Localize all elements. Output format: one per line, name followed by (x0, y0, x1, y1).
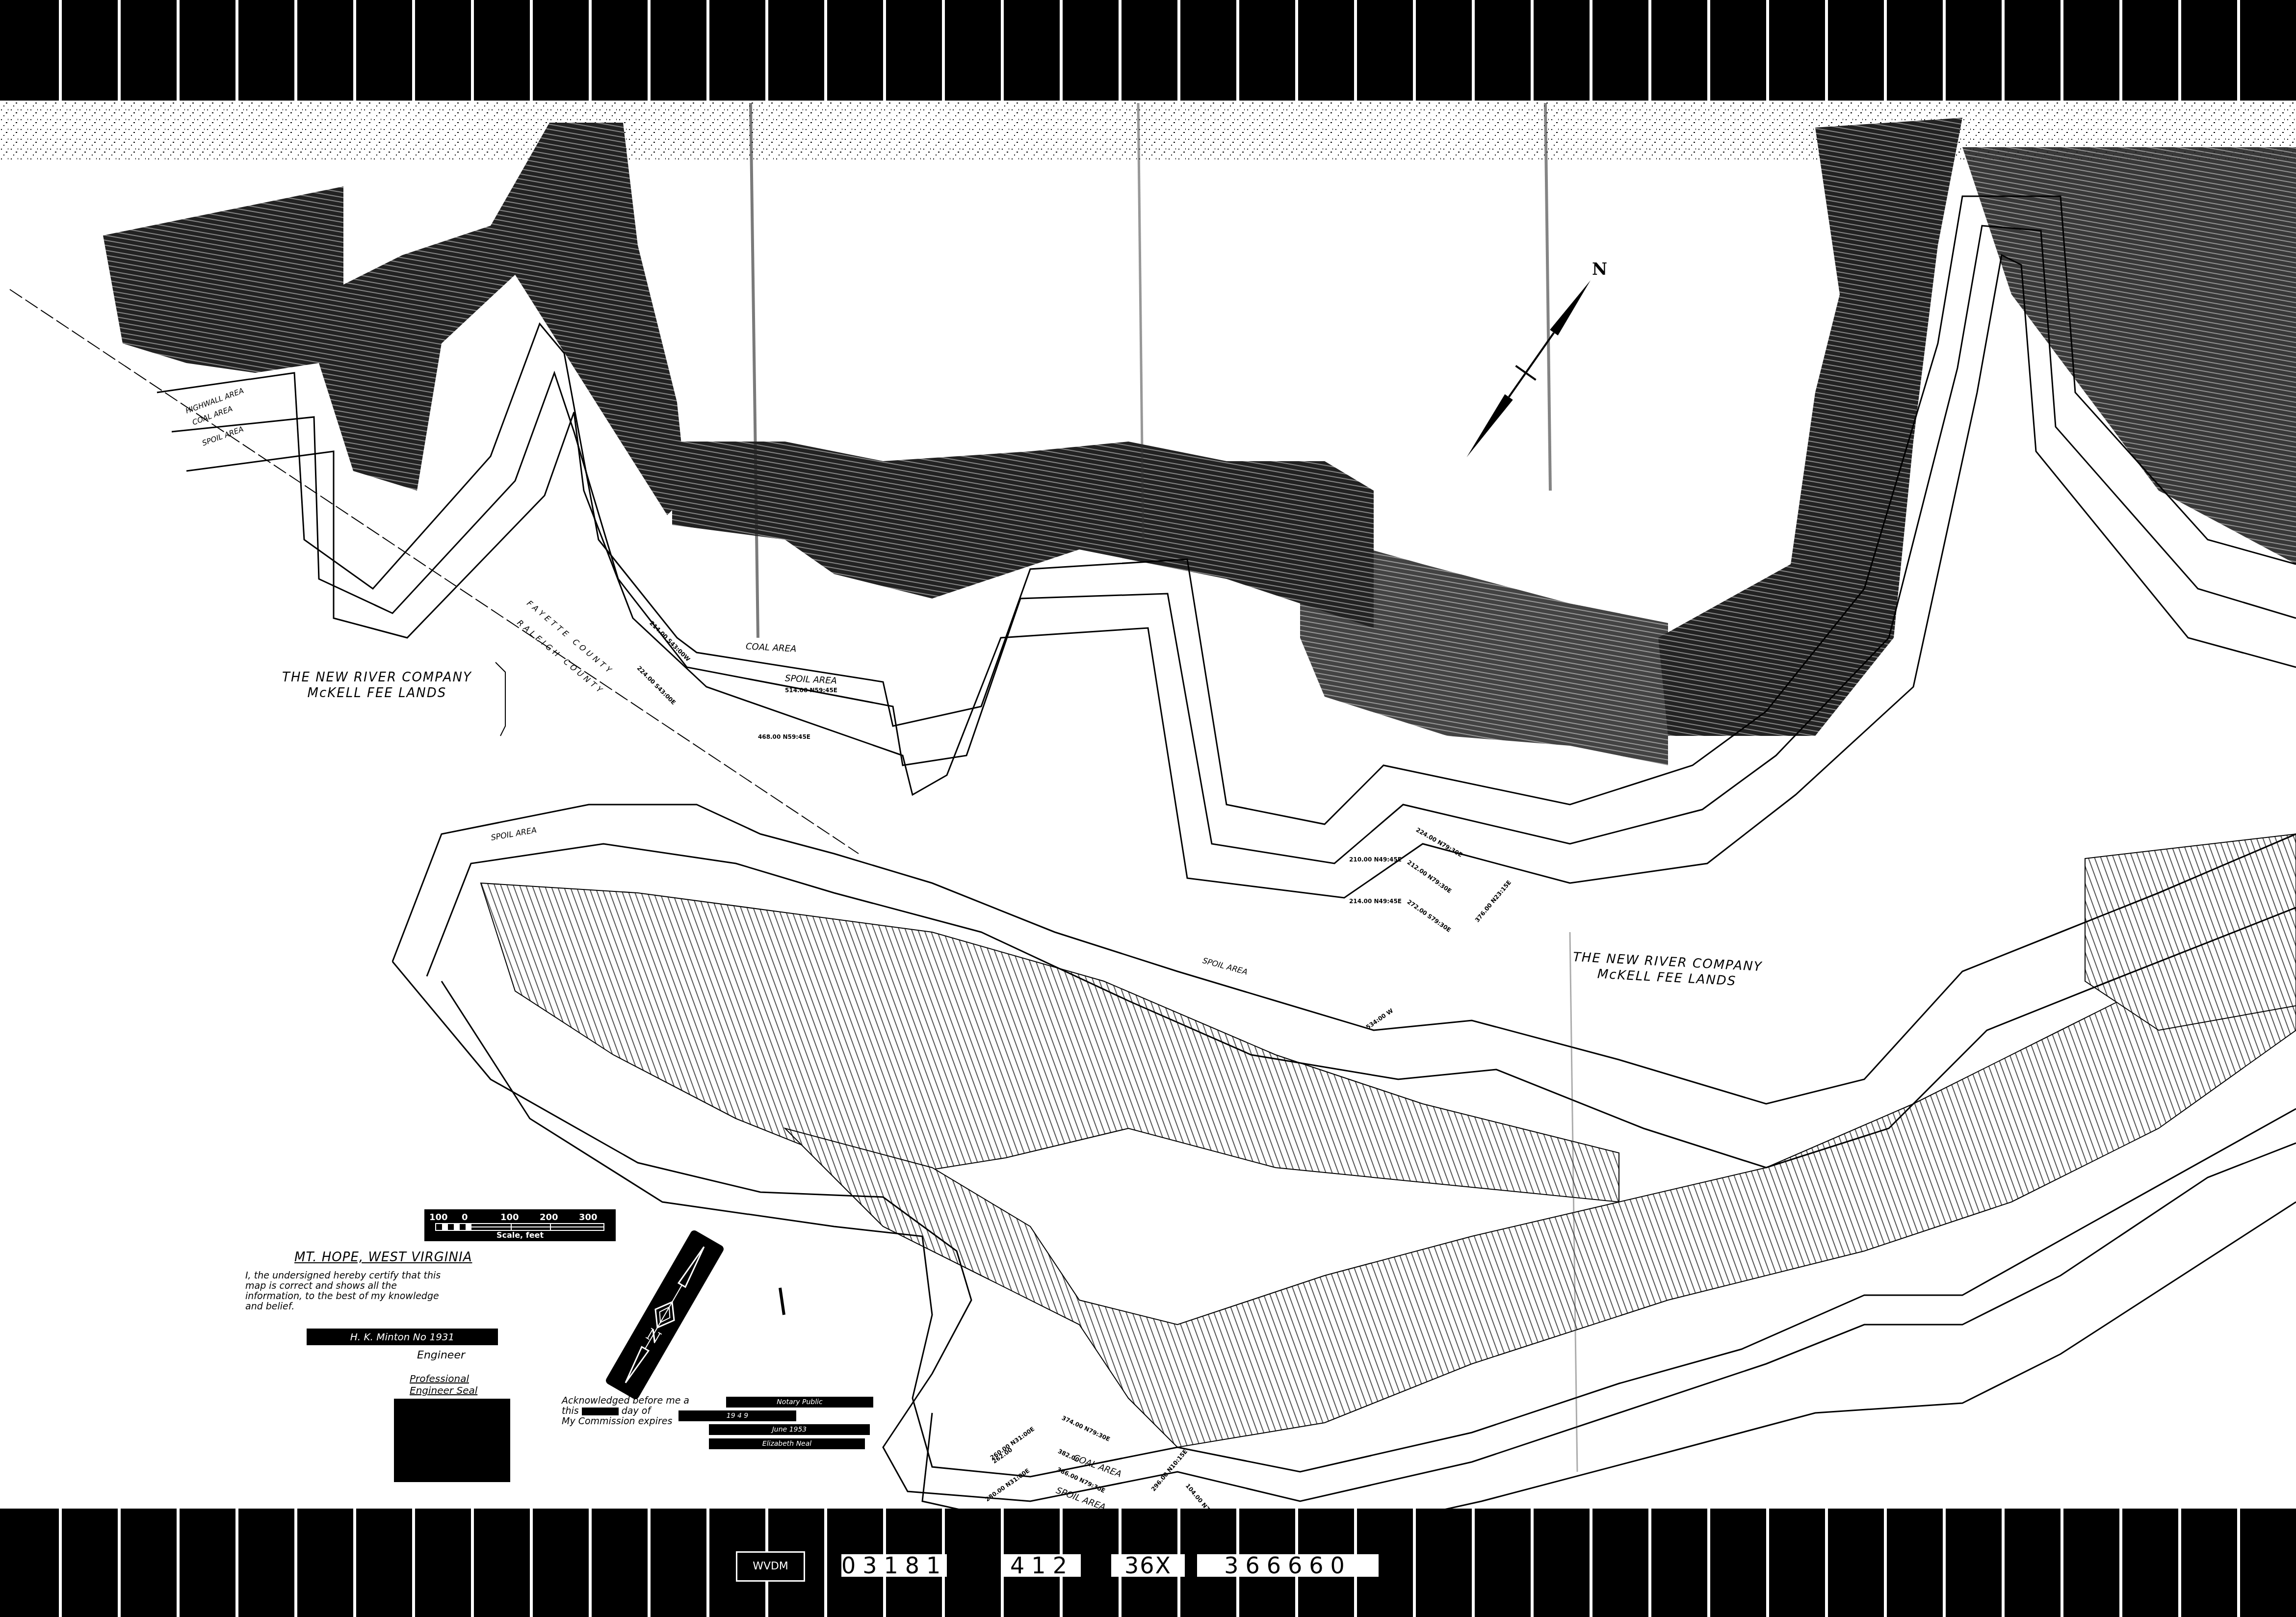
ack-line3: My Commission expires (562, 1416, 672, 1427)
film-divider (353, 1509, 356, 1617)
film-id-part: 366660 (1197, 1554, 1379, 1577)
film-divider (2178, 1509, 2181, 1617)
film-divider (1825, 1509, 1828, 1617)
scale-tick: 100 (429, 1212, 448, 1223)
film-id-part: 412 (1003, 1554, 1081, 1577)
survey-call: 468.00 N59:45E (758, 733, 810, 740)
scale-bar-graphic (435, 1223, 604, 1231)
film-divider (1707, 1509, 1710, 1617)
film-divider (1590, 1509, 1592, 1617)
ack-line2-b: day of (622, 1406, 651, 1416)
seal-label-line2: Engineer Seal (410, 1384, 477, 1396)
film-id-part: 36X (1111, 1554, 1185, 1577)
ack-line1: Acknowledged before me a (562, 1395, 689, 1406)
redaction: 19 4 9 (678, 1410, 796, 1421)
film-divider (1884, 1509, 1887, 1617)
survey-call: 210.00 N49:45E (1349, 856, 1402, 863)
film-divider (471, 1509, 474, 1617)
certification-text: I, the undersigned hereby certify that t… (245, 1271, 451, 1312)
scale-caption: Scale, feet (424, 1230, 616, 1240)
survey-call: 514.00 N59:45E (785, 687, 837, 694)
seal-label-line1: Professional (410, 1373, 477, 1384)
film-divider (412, 1509, 415, 1617)
ack-line2-a: this (562, 1406, 579, 1416)
seal-label: Professional Engineer Seal (410, 1373, 477, 1396)
film-divider (294, 1509, 297, 1617)
film-divider (177, 1509, 180, 1617)
film-divider (235, 1509, 238, 1617)
redaction: Notary Public (726, 1397, 873, 1408)
scale-tick: 300 (579, 1212, 598, 1223)
acknowledgement-block: Acknowledged before me a this day of My … (562, 1396, 689, 1427)
film-divider (530, 1509, 533, 1617)
engineer-signature: H. K. Minton No 1931 (307, 1329, 498, 1345)
film-divider (1531, 1509, 1534, 1617)
film-divider (2061, 1509, 2063, 1617)
engineer-seal (394, 1399, 510, 1482)
scale-tick: 0 (462, 1212, 468, 1223)
film-divider (59, 1509, 62, 1617)
redaction (582, 1408, 619, 1415)
film-divider (1648, 1509, 1651, 1617)
film-label: WVDM (736, 1551, 805, 1582)
survey-call: 214.00 N49:45E (1349, 898, 1402, 905)
engineer-role: Engineer (417, 1349, 465, 1361)
film-divider (706, 1509, 709, 1617)
film-divider (824, 1509, 827, 1617)
redaction: June 1953 (709, 1424, 870, 1435)
film-divider (1472, 1509, 1475, 1617)
film-divider (118, 1509, 121, 1617)
svg-text:N: N (1592, 260, 1607, 279)
land-label-upper: THE NEW RIVER COMPANY McKELL FEE LANDS (282, 670, 472, 701)
scale-bar: 100 0 100 200 300 Scale, feet (424, 1209, 616, 1241)
mine-map-drawing: N N (0, 0, 2296, 1617)
film-divider (1943, 1509, 1946, 1617)
film-divider (589, 1509, 592, 1617)
film-id-part: 03181 (841, 1554, 947, 1577)
redaction: Elizabeth Neal (709, 1438, 865, 1449)
land-label-line1: THE NEW RIVER COMPANY (282, 670, 472, 685)
scale-tick: 200 (540, 1212, 558, 1223)
north-arrow-badge-icon: N (604, 1229, 725, 1401)
film-divider (2119, 1509, 2122, 1617)
film-divider (648, 1509, 651, 1617)
film-divider (2237, 1509, 2240, 1617)
north-arrow-icon (1457, 273, 1600, 464)
film-divider (1413, 1509, 1416, 1617)
land-label-line2: McKELL FEE LANDS (282, 685, 472, 701)
film-divider (2002, 1509, 2005, 1617)
film-divider (1766, 1509, 1769, 1617)
scale-tick: 100 (500, 1212, 519, 1223)
map-title: MT. HOPE, WEST VIRGINIA (294, 1250, 472, 1265)
